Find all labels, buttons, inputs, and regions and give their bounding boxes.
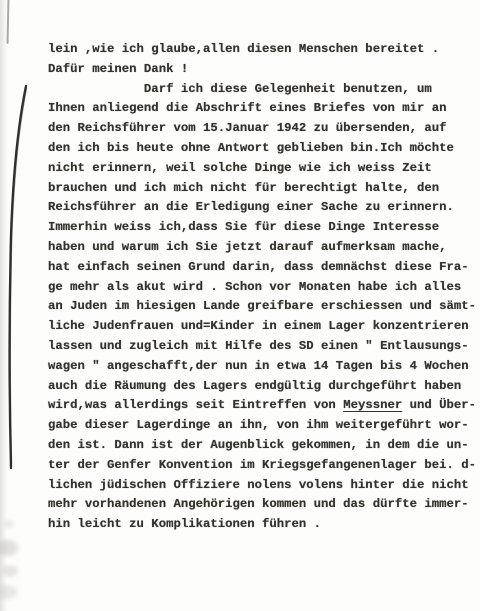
text-line: ge mehr als akut wird . Schon vor Monate…	[48, 278, 476, 298]
text-segment: wird,was allerdings seit Eintreffen von	[48, 398, 343, 412]
text-segment: nicht erinnern, weil solche Dinge wie ic…	[48, 161, 432, 175]
text-segment: gabe dieser Lagerdinge an ihn, von ihm w…	[48, 418, 469, 432]
text-line: lassen und zugleich mit Hilfe des SD ein…	[48, 337, 476, 357]
text-segment: hin leicht zu Komplikationen führen .	[48, 517, 321, 531]
text-segment: ge mehr als akut wird . Schon vor Monate…	[48, 280, 461, 294]
underlined-name: Meyssner	[343, 398, 402, 412]
text-line: brauchen und ich mich nicht für berechti…	[48, 179, 476, 199]
text-segment: lichen jüdischen Offiziere nolens volens…	[48, 478, 469, 492]
text-segment: mehr vorhandenen Angehörigen kommen und …	[48, 497, 469, 511]
text-line: nicht erinnern, weil solche Dinge wie ic…	[48, 159, 476, 179]
text-line: lein ,wie ich glaube,allen diesen Mensch…	[48, 40, 476, 60]
text-segment: lassen und zugleich mit Hilfe des SD ein…	[48, 339, 469, 353]
text-segment: den ich bis heute ohne Antwort geblieben…	[48, 141, 454, 155]
margin-pen-stroke-annotation	[0, 80, 42, 480]
text-segment: Darf ich diese Gelegenheit benutzen, um	[48, 82, 432, 96]
text-segment: an Juden im hiesigen Lande greifbare ers…	[48, 299, 476, 313]
text-line: gabe dieser Lagerdinge an ihn, von ihm w…	[48, 416, 476, 436]
text-segment: Reichsführer an die Erledigung einer Sac…	[48, 200, 454, 214]
text-line: wird,was allerdings seit Eintreffen von …	[48, 396, 476, 416]
text-segment: Dafür meinen Dank !	[48, 62, 188, 76]
text-segment: auch die Räumung des Lagers endgültig du…	[48, 379, 461, 393]
text-line: Dafür meinen Dank !	[48, 60, 476, 80]
text-line: Darf ich diese Gelegenheit benutzen, um	[48, 80, 476, 100]
text-line: den ich bis heute ohne Antwort geblieben…	[48, 139, 476, 159]
text-line: den ist. Dann ist der Augenblick gekomme…	[48, 436, 476, 456]
scan-smudge	[0, 585, 17, 599]
scan-streak-artifact	[7, 0, 10, 44]
scan-smudge	[2, 565, 18, 577]
text-segment: lein ,wie ich glaube,allen diesen Mensch…	[48, 42, 439, 56]
text-line: wagen " angeschafft,der nun in etwa 14 T…	[48, 357, 476, 377]
text-line: ter der Genfer Konvention im Kriegsgefan…	[48, 456, 476, 476]
text-line: hat einfach seinen Grund darin, dass dem…	[48, 258, 476, 278]
text-segment: wagen " angeschafft,der nun in etwa 14 T…	[48, 359, 469, 373]
text-line: den Reichsführer vom 15.Januar 1942 zu ü…	[48, 119, 476, 139]
text-line: liche Judenfrauen und=Kinder in einem La…	[48, 317, 476, 337]
scan-edge-shading	[0, 0, 7, 611]
letter-body: lein ,wie ich glaube,allen diesen Mensch…	[48, 40, 476, 535]
text-segment: brauchen und ich mich nicht für berechti…	[48, 181, 439, 195]
text-segment: Ihnen anliegend die Abschrift eines Brie…	[48, 101, 446, 115]
letter-page: lein ,wie ich glaube,allen diesen Mensch…	[0, 0, 480, 611]
text-segment: den Reichsführer vom 15.Januar 1942 zu ü…	[48, 121, 446, 135]
text-line: an Juden im hiesigen Lande greifbare ers…	[48, 297, 476, 317]
text-line: Reichsführer an die Erledigung einer Sac…	[48, 198, 476, 218]
text-segment: haben und warum ich Sie jetzt darauf auf…	[48, 240, 446, 254]
text-segment: ter der Genfer Konvention im Kriegsgefan…	[48, 458, 476, 472]
text-line: mehr vorhandenen Angehörigen kommen und …	[48, 495, 476, 515]
text-line: auch die Räumung des Lagers endgültig du…	[48, 377, 476, 397]
scan-smudge	[0, 540, 18, 556]
text-line: Immerhin weiss ich,dass Sie für diese Di…	[48, 218, 476, 238]
text-segment: Immerhin weiss ich,dass Sie für diese Di…	[48, 220, 439, 234]
text-segment: und Über-	[402, 398, 476, 412]
text-line: Ihnen anliegend die Abschrift eines Brie…	[48, 99, 476, 119]
text-line: haben und warum ich Sie jetzt darauf auf…	[48, 238, 476, 258]
text-line: lichen jüdischen Offiziere nolens volens…	[48, 476, 476, 496]
text-segment: liche Judenfrauen und=Kinder in einem La…	[48, 319, 469, 333]
text-segment: den ist. Dann ist der Augenblick gekomme…	[48, 438, 469, 452]
text-segment: hat einfach seinen Grund darin, dass dem…	[48, 260, 469, 274]
text-line: hin leicht zu Komplikationen führen .	[48, 515, 476, 535]
scan-smudge	[4, 520, 14, 528]
